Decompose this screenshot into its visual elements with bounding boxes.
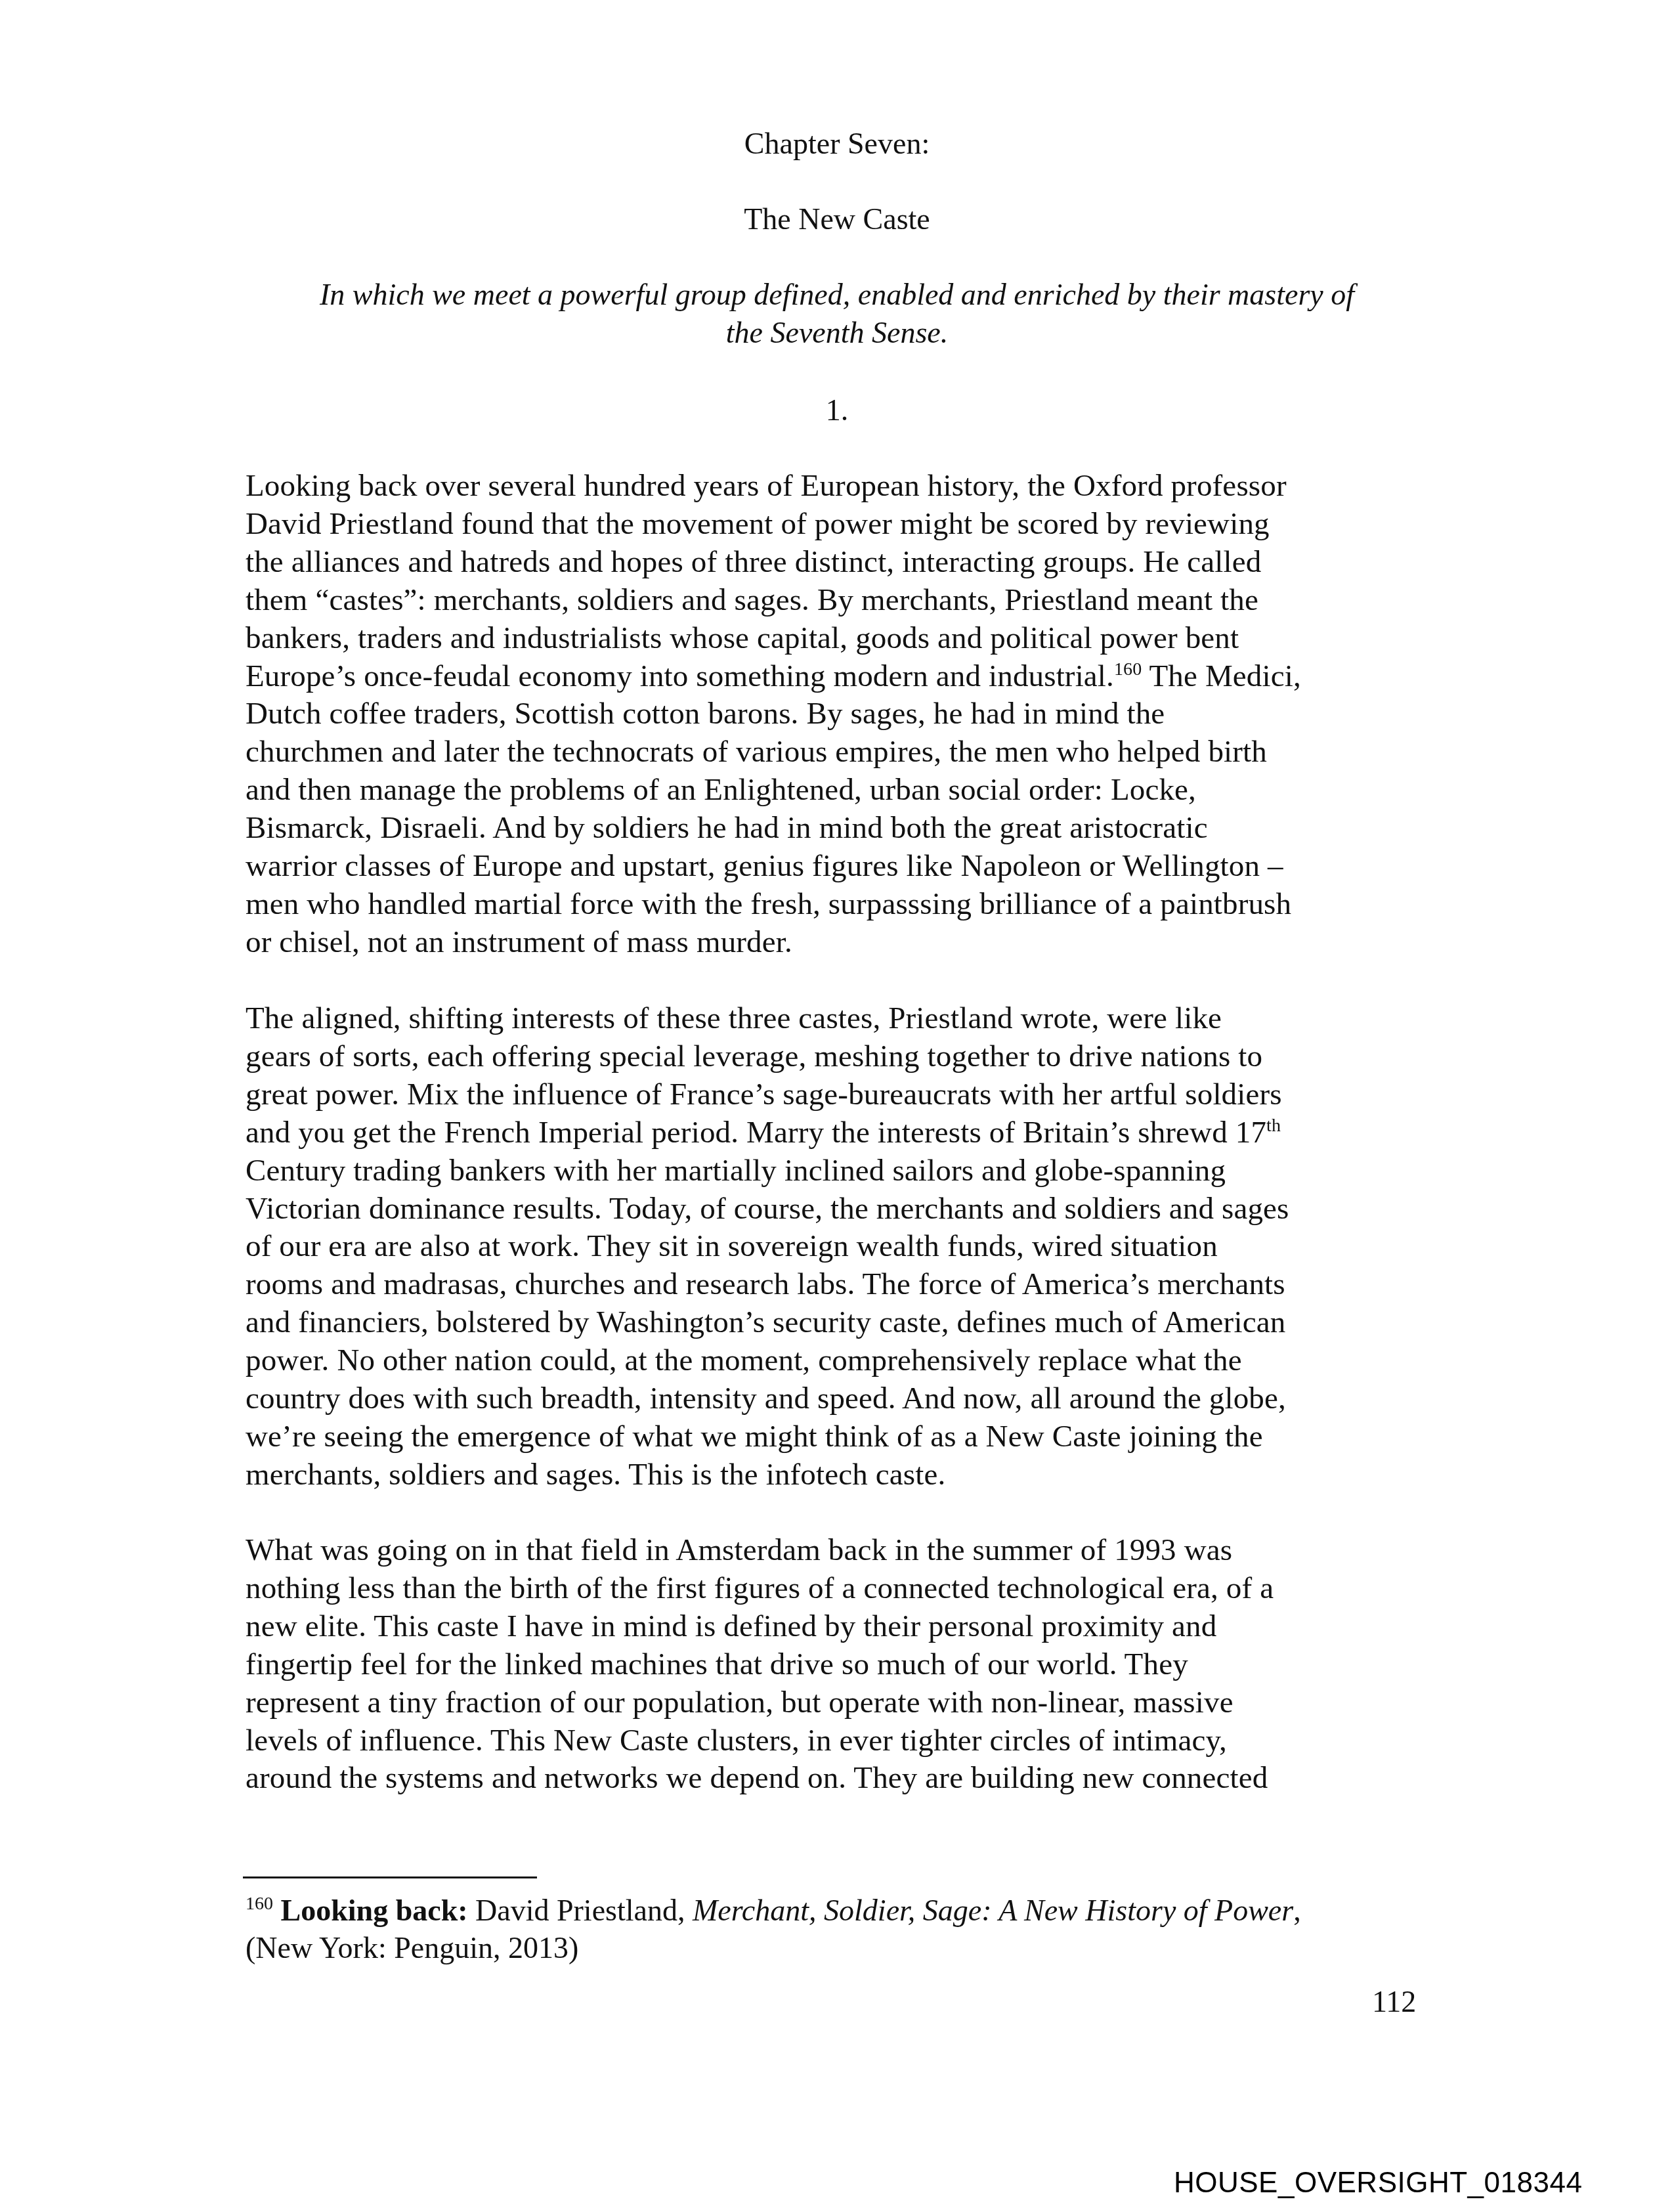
body-line: Dutch coffee traders, Scottish cotton ba… [246,695,1165,733]
page-number: 112 [1372,1983,1416,2021]
body-line: of our era are also at work. They sit in… [246,1227,1218,1265]
body-text-segment: and you get the French Imperial period. … [246,1116,1266,1150]
footnote-160: 160 Looking back: David Priestland, Merc… [246,1892,1301,1929]
body-line: David Priestland found that the movement… [246,505,1270,543]
body-line: new elite. This caste I have in mind is … [246,1607,1216,1645]
body-line: and you get the French Imperial period. … [246,1114,1281,1152]
body-line: we’re seeing the emergence of what we mi… [246,1418,1263,1456]
footnote-separator [243,1876,537,1878]
epigraph-text: the Seventh Sense. [726,314,948,352]
epigraph-text: In which we meet a powerful group define… [320,276,1354,314]
chapter-title-text: The New Caste [744,200,930,238]
body-line: men who handled martial force with the f… [246,885,1291,923]
body-line: and financiers, bolstered by Washington’… [246,1303,1285,1341]
body-line: bankers, traders and industrialists whos… [246,619,1239,657]
body-line: them “castes”: merchants, soldiers and s… [246,581,1258,619]
body-line: represent a tiny fraction of our populat… [246,1683,1234,1722]
body-line: merchants, soldiers and sages. This is t… [246,1456,945,1494]
footnote-punct: , [1293,1894,1301,1927]
chapter-title: The New Caste [0,200,1674,238]
body-line: warrior classes of Europe and upstart, g… [246,847,1283,885]
body-line: fingertip feel for the linked machines t… [246,1645,1188,1683]
body-line: Victorian dominance results. Today, of c… [246,1190,1289,1228]
body-line: The aligned, shifting interests of these… [246,999,1222,1037]
footnote-reference[interactable]: 160 [1114,659,1142,680]
chapter-label-text: Chapter Seven: [744,125,930,163]
body-line: levels of influence. This New Caste clus… [246,1722,1227,1760]
body-line: nothing less than the birth of the first… [246,1569,1274,1607]
body-line: Bismarck, Disraeli. And by soldiers he h… [246,809,1208,847]
body-line: around the systems and networks we depen… [246,1759,1268,1797]
body-text-segment: Europe’s once-feudal economy into someth… [246,659,1114,693]
chapter-epigraph-line-1: In which we meet a powerful group define… [0,276,1674,314]
footnote-lead: Looking back: [281,1894,468,1927]
section-number-text: 1. [826,391,849,429]
body-text-segment: The Medici, [1142,659,1300,693]
body-line: country does with such breadth, intensit… [246,1379,1286,1418]
section-number: 1. [0,391,1674,429]
bates-stamp: HOUSE_OVERSIGHT_018344 [1174,2167,1582,2200]
body-line: great power. Mix the influence of France… [246,1075,1282,1114]
footnote-160-line-2: (New York: Penguin, 2013) [246,1930,578,1966]
footnote-number: 160 [246,1894,273,1914]
footnote-publication: (New York: Penguin, 2013) [246,1931,578,1964]
body-line: rooms and madrasas, churches and researc… [246,1265,1285,1303]
body-line: Looking back over several hundred years … [246,467,1287,505]
body-line: and then manage the problems of an Enlig… [246,771,1196,809]
chapter-label: Chapter Seven: [0,125,1674,163]
body-line: or chisel, not an instrument of mass mur… [246,923,792,961]
body-line: churchmen and later the technocrats of v… [246,733,1267,771]
footnote-author: David Priestland, [468,1894,693,1927]
body-line: Europe’s once-feudal economy into someth… [246,657,1301,695]
body-line: Century trading bankers with her martial… [246,1152,1226,1190]
body-line: What was going on in that field in Amste… [246,1531,1232,1569]
body-line: the alliances and hatreds and hopes of t… [246,543,1261,581]
ordinal-suffix: th [1266,1116,1281,1136]
chapter-epigraph-line-2: the Seventh Sense. [0,314,1674,352]
document-page: Chapter Seven: The New Caste In which we… [0,0,1674,2212]
body-line: gears of sorts, each offering special le… [246,1037,1262,1075]
body-line: power. No other nation could, at the mom… [246,1341,1242,1379]
footnote-book-title: Merchant, Soldier, Sage: A New History o… [693,1894,1293,1927]
